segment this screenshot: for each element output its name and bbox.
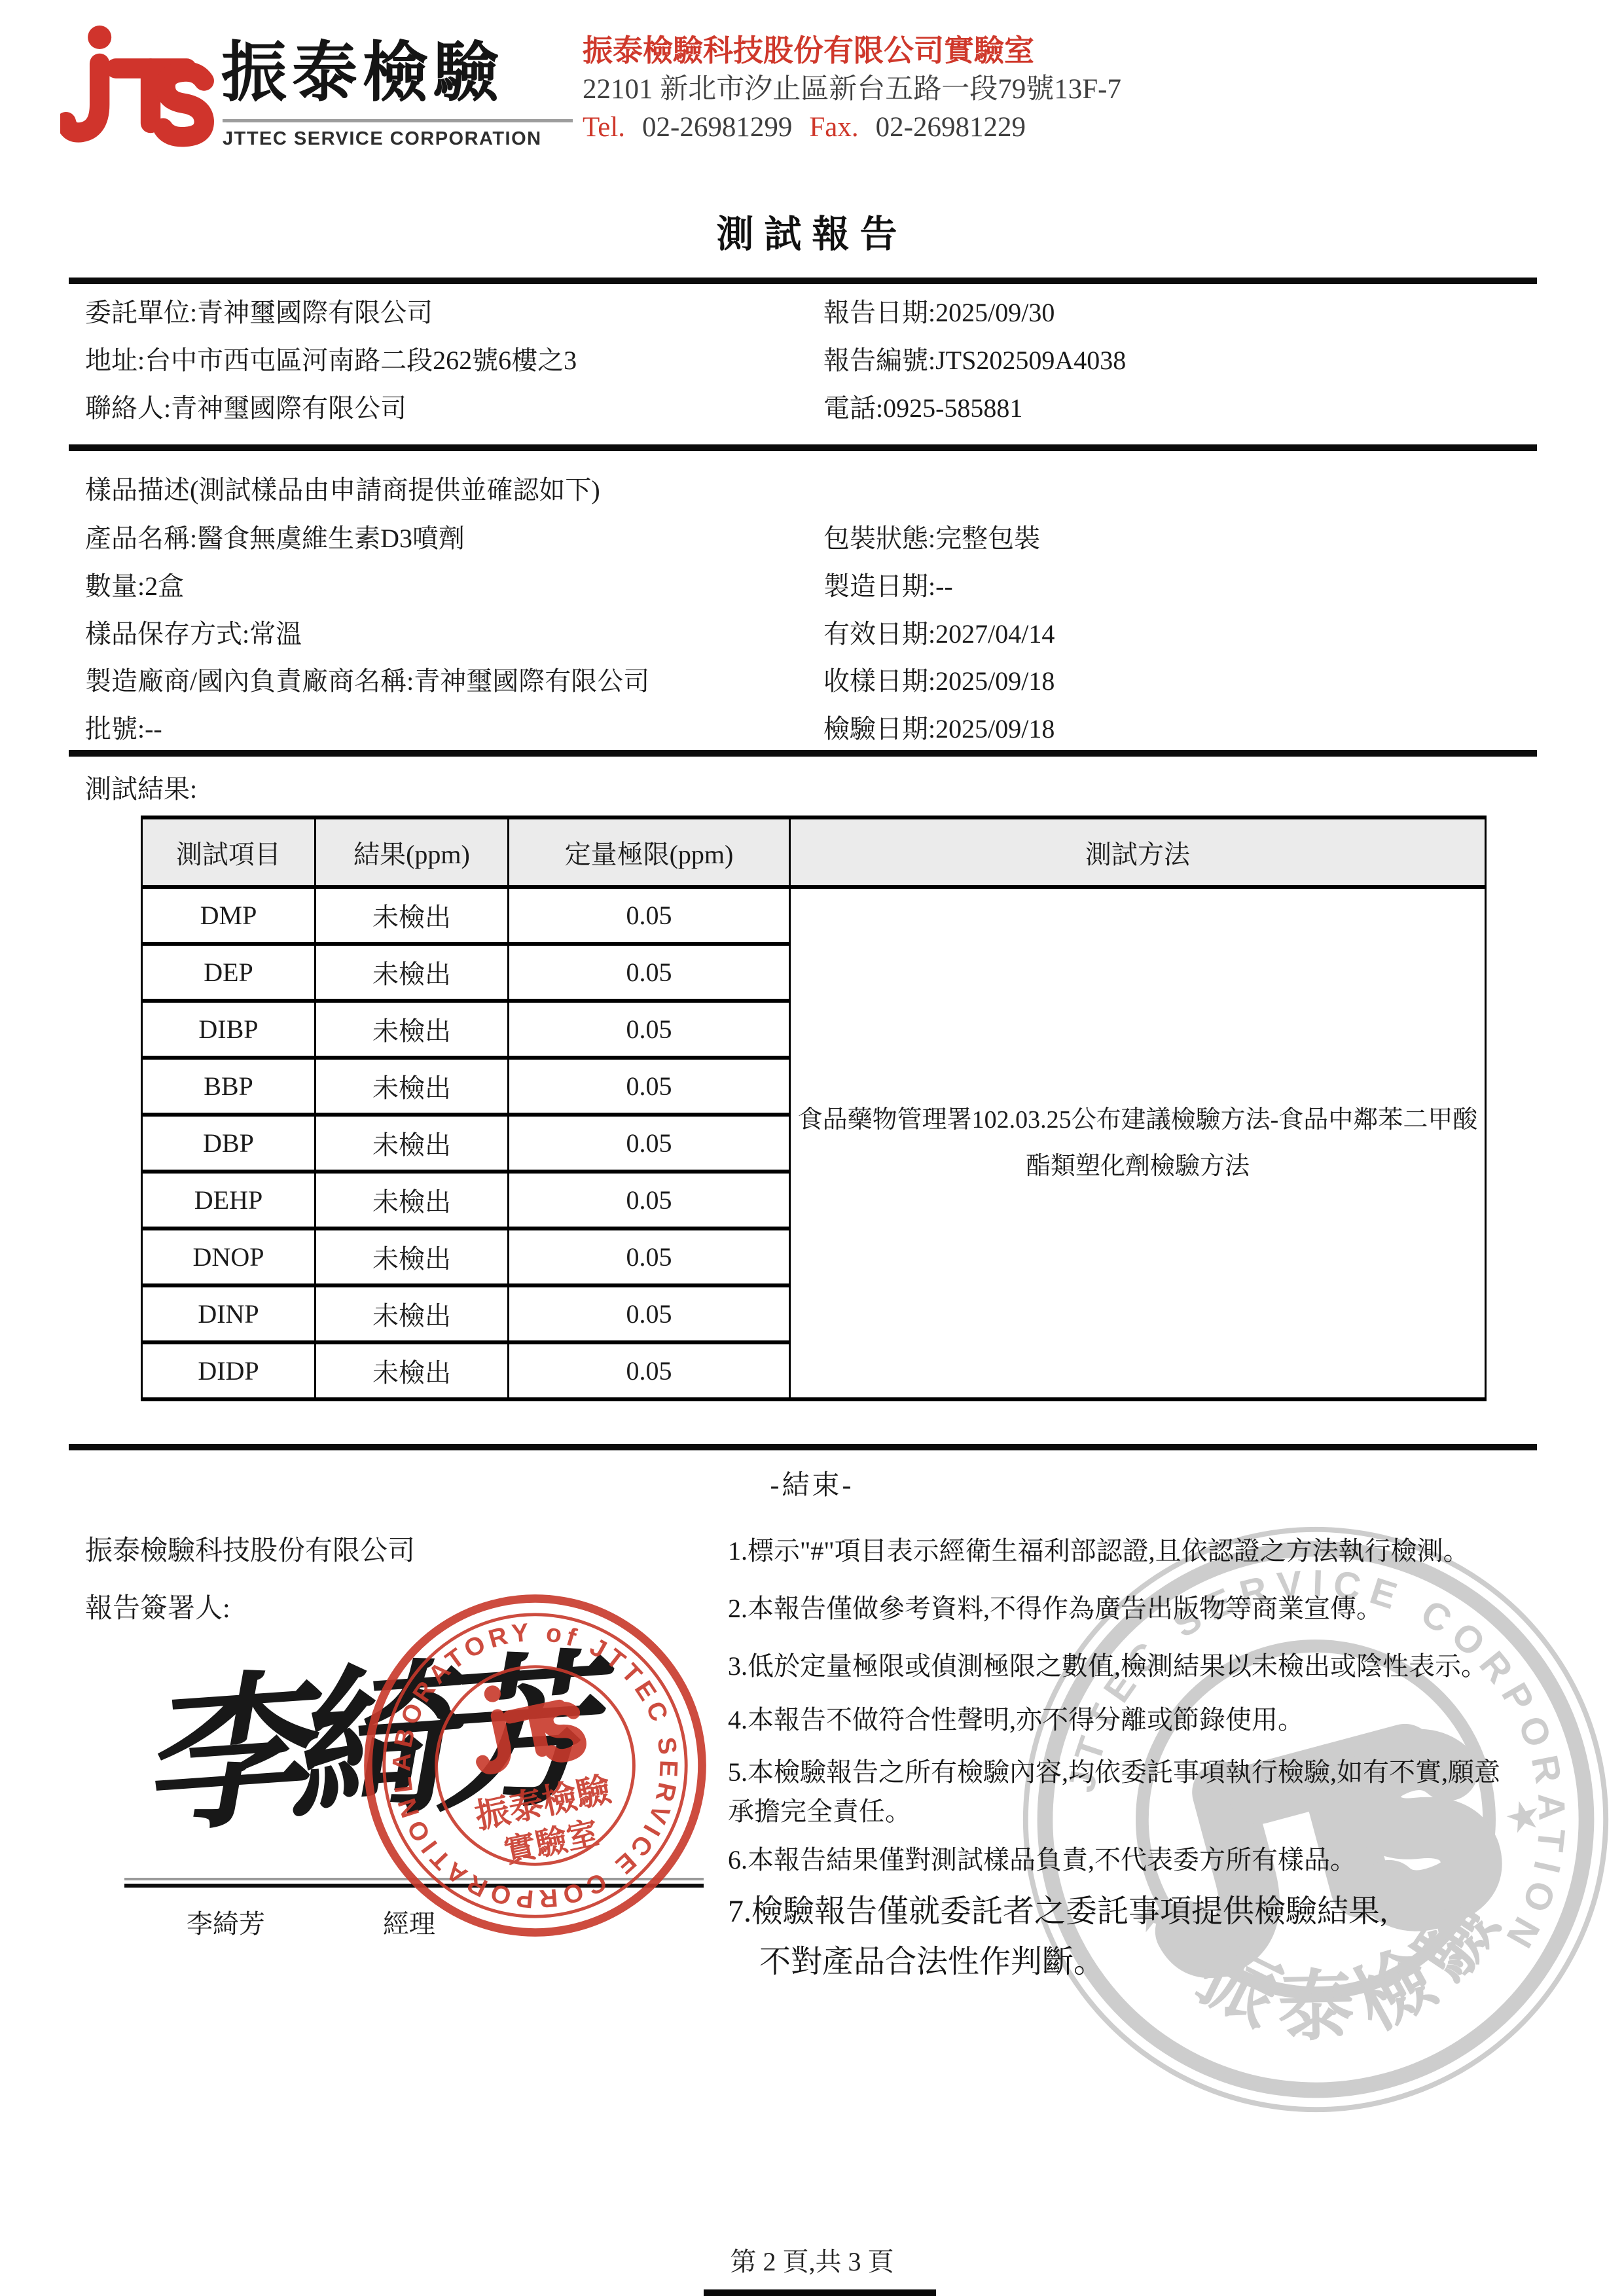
cell-method: 食品藥物管理署102.03.25公布建議檢驗方法-食品中鄰苯二甲酸 酯類塑化劑檢… [790,887,1486,1399]
lab-red-stamp: LABORATORY of JTTEC SERVICE CORPORATION … [323,1554,746,1977]
sample-section-title: 樣品描述(測試樣品由申請商提供並確認如下) [85,475,600,505]
cell-result: 未檢出 [316,1115,509,1172]
cell-loq: 0.05 [509,1342,790,1399]
sample-expiry-date: 有效日期:2027/04/14 [823,619,1055,649]
divider [69,278,1537,284]
results-section-title: 測試結果: [85,768,197,806]
divider [69,750,1537,757]
cell-loq: 0.05 [509,944,790,1001]
cell-item: DMP [142,887,316,944]
sample-test-date: 檢驗日期:2025/09/18 [823,714,1055,744]
table-row: DMP 未檢出 0.05 食品藥物管理署102.03.25公布建議檢驗方法-食品… [142,887,1486,944]
report-notes: 1.標示"#"項目表示經衛生福利部認證,且依認證之方法執行檢測。 2.本報告僅做… [728,1532,1592,1987]
svg-text:LABORATORY of JTTEC SERVICE CO: LABORATORY of JTTEC SERVICE CORPORATION [360,1590,710,1941]
client-phone: 電話:0925-585881 [823,393,1022,423]
cell-loq: 0.05 [509,1229,790,1285]
results-table: 測試項目 結果(ppm) 定量極限(ppm) 測試方法 DMP 未檢出 0.05… [141,816,1487,1401]
cell-result: 未檢出 [316,887,509,944]
stamp-jts-monogram [474,1700,582,1772]
divider [69,444,1537,451]
note-6: 6.本報告結果僅對測試樣品負責,不代表委方所有樣品。 [728,1840,1592,1880]
cell-item: DINP [142,1285,316,1342]
cell-result: 未檢出 [316,1172,509,1229]
note-5: 5.本檢驗報告之所有檢驗內容,均依委託事項執行檢驗,如有不實,願意 承擔完全責任… [728,1753,1592,1831]
cell-result: 未檢出 [316,1001,509,1058]
logo-brand-text: 振泰檢驗 [221,41,504,106]
lab-contact-line: Tel.02-26981299Fax.02-26981229 [583,111,1026,143]
cell-result: 未檢出 [316,944,509,1001]
sample-lot-no: 批號:-- [85,714,162,744]
divider [69,1444,1537,1450]
cell-item: DIBP [142,1001,316,1058]
col-header-method: 測試方法 [790,817,1486,887]
cell-item: DIDP [142,1342,316,1399]
cell-loq: 0.05 [509,1115,790,1172]
lab-name: 振泰檢驗科技股份有限公司實驗室 [583,34,1034,69]
col-header-result: 結果(ppm) [316,817,509,887]
cell-result: 未檢出 [316,1229,509,1285]
signer-name: 李綺芳 [187,1903,265,1941]
closing-company: 振泰檢驗科技股份有限公司 [85,1529,415,1568]
fax-value: 02-26981229 [876,112,1026,143]
cell-loq: 0.05 [509,1001,790,1058]
page-number: 第 2 頁,共 3 頁 [0,2241,1624,2278]
cell-item: DNOP [142,1229,316,1285]
signer-label: 報告簽署人: [85,1587,230,1626]
scan-artifact-bar [704,2289,936,2296]
note-3: 3.低於定量極限或偵測極限之數值,檢測結果以未檢出或陰性表示。 [728,1647,1592,1686]
logo-divider [223,119,573,122]
sample-quantity: 數量:2盒 [85,571,184,601]
cell-item: DBP [142,1115,316,1172]
report-date: 報告日期:2025/09/30 [823,298,1055,328]
col-header-loq: 定量極限(ppm) [509,817,790,887]
table-header-row: 測試項目 結果(ppm) 定量極限(ppm) 測試方法 [142,817,1486,887]
sample-received-date: 收樣日期:2025/09/18 [823,666,1055,696]
report-number: 報告編號:JTS202509A4038 [823,346,1126,376]
client-address: 地址:台中市西屯區河南路二段262號6樓之3 [85,346,577,376]
cell-result: 未檢出 [316,1285,509,1342]
stamp-ring-text: LABORATORY of JTTEC SERVICE CORPORATION [360,1590,710,1941]
sample-product-name: 產品名稱:醫食無虞維生素D3噴劑 [85,524,465,554]
fax-label: Fax. [809,112,858,143]
cell-item: DEHP [142,1172,316,1229]
cell-result: 未檢出 [316,1342,509,1399]
cell-loq: 0.05 [509,887,790,944]
note-4: 4.本報告不做符合性聲明,亦不得分離或節錄使用。 [728,1700,1592,1740]
note-1: 1.標示"#"項目表示經衛生福利部認證,且依認證之方法執行檢測。 [728,1532,1592,1571]
cell-loq: 0.05 [509,1172,790,1229]
note-2: 2.本報告僅做參考資料,不得作為廣告出版物等商業宣傳。 [728,1589,1592,1628]
sample-manufacturer: 製造廠商/國內負責廠商名稱:青神璽國際有限公司 [85,666,649,696]
cell-loq: 0.05 [509,1285,790,1342]
note-7: 7.檢驗報告僅就委託者之委託事項提供檢驗結果, 不對產品合法性作判斷。 [728,1886,1592,1987]
sample-mfg-date: 製造日期:-- [823,571,953,601]
test-report-page: 振泰檢驗 JTTEC SERVICE CORPORATION 振泰檢驗科技股份有… [0,0,1624,2296]
cell-item: BBP [142,1058,316,1115]
client-contact: 聯絡人:青神璽國際有限公司 [85,393,406,423]
logo-subtitle: JTTEC SERVICE CORPORATION [223,128,542,150]
cell-result: 未檢出 [316,1058,509,1115]
client-entrust-unit: 委託單位:青神璽國際有限公司 [85,298,433,328]
cell-loq: 0.05 [509,1058,790,1115]
jts-logo-icon [60,25,217,149]
tel-label: Tel. [583,112,625,143]
sample-storage: 樣品保存方式:常溫 [85,619,302,649]
col-header-item: 測試項目 [142,817,316,887]
lab-address: 22101 新北市汐止區新台五路一段79號13F-7 [583,73,1121,105]
page-title: 測試報告 [0,204,1624,258]
cell-item: DEP [142,944,316,1001]
sample-package-state: 包裝狀態:完整包裝 [823,524,1040,554]
tel-value: 02-26981299 [642,112,792,143]
